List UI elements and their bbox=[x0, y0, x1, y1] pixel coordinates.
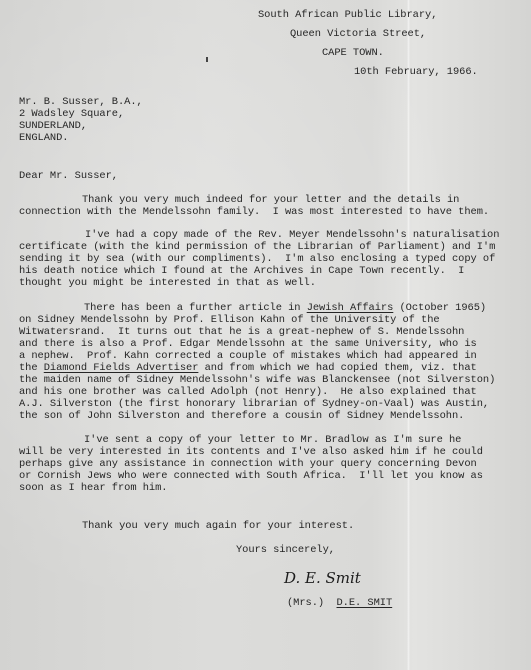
paragraph-3-line: the maiden name of Sidney Mendelssohn's … bbox=[19, 374, 495, 386]
paragraph-5-line: Thank you very much again for your inter… bbox=[82, 520, 354, 532]
recipient-address: 2 Wadsley Square, bbox=[19, 108, 124, 120]
paragraph-3-line: the Diamond Fields Advertiser and from w… bbox=[19, 362, 477, 374]
paragraph-3-line: and his one brother was called Adolph (n… bbox=[19, 386, 477, 398]
closing: Yours sincerely, bbox=[236, 544, 335, 556]
recipient-country: ENGLAND. bbox=[19, 132, 68, 144]
paragraph-4-line: soon as I hear from him. bbox=[19, 482, 167, 494]
text: There has been a further article in bbox=[84, 302, 307, 314]
salutation: Dear Mr. Susser, bbox=[19, 170, 118, 182]
letterhead-organisation: South African Public Library, bbox=[258, 9, 437, 21]
paragraph-2-line: certificate (with the kind permission of… bbox=[19, 241, 495, 253]
recipient-town: SUNDERLAND, bbox=[19, 120, 87, 132]
paragraph-4-line: perhaps give any assistance in connectio… bbox=[19, 458, 477, 470]
paragraph-2-line: I've had a copy made of the Rev. Meyer M… bbox=[85, 229, 499, 241]
recipient-name: Mr. B. Susser, B.A., bbox=[19, 96, 143, 108]
paragraph-4-line: I've sent a copy of your letter to Mr. B… bbox=[84, 434, 461, 446]
paragraph-3-line: a nephew. Prof. Kahn corrected a couple … bbox=[19, 350, 477, 362]
paragraph-3-line: on Sidney Mendelssohn by Prof. Ellison K… bbox=[19, 314, 440, 326]
publication-title-diamond-fields-advertiser: Diamond Fields Advertiser bbox=[44, 362, 199, 374]
letterhead-street: Queen Victoria Street, bbox=[290, 28, 426, 40]
paragraph-2-line: sending it by sea (with our compliments)… bbox=[19, 253, 495, 265]
paragraph-3-line: Witwatersrand. It turns out that he is a… bbox=[19, 326, 464, 338]
paragraph-4-line: or Cornish Jews who were connected with … bbox=[19, 470, 483, 482]
handwritten-signature: D. E. Smit bbox=[284, 569, 361, 587]
signatory-title: (Mrs.) bbox=[287, 597, 324, 609]
text: the bbox=[19, 362, 44, 374]
publication-title-jewish-affairs: Jewish Affairs bbox=[307, 302, 394, 314]
paragraph-2-line: thought you might be interested in that … bbox=[19, 277, 316, 289]
letter-date: 10th February, 1966. bbox=[354, 66, 478, 78]
letter-page: South African Public Library, Queen Vict… bbox=[0, 0, 531, 670]
letterhead-city: CAPE TOWN. bbox=[322, 47, 384, 59]
paragraph-3-line: and there is also a Prof. Edgar Mendelss… bbox=[19, 338, 477, 350]
paragraph-1-line: Thank you very much indeed for your lett… bbox=[82, 194, 459, 206]
paragraph-3-line: A.J. Silverston (the first honorary libr… bbox=[19, 398, 489, 410]
signatory-name: D.E. SMIT bbox=[337, 597, 393, 609]
text: and from which we had copied them, viz. … bbox=[198, 362, 476, 374]
paragraph-3-line: the son of John Silverston and therefore… bbox=[19, 410, 464, 422]
paragraph-1-line: connection with the Mendelssohn family. … bbox=[19, 206, 489, 218]
paragraph-3-line: There has been a further article in Jewi… bbox=[84, 302, 486, 314]
paragraph-4-line: will be very interested in its contents … bbox=[19, 446, 483, 458]
signatory: (Mrs.) D.E. SMIT bbox=[287, 597, 392, 609]
paragraph-2-line: his death notice which I found at the Ar… bbox=[19, 265, 464, 277]
text: (October 1965) bbox=[393, 302, 486, 314]
punch-mark bbox=[206, 57, 208, 62]
